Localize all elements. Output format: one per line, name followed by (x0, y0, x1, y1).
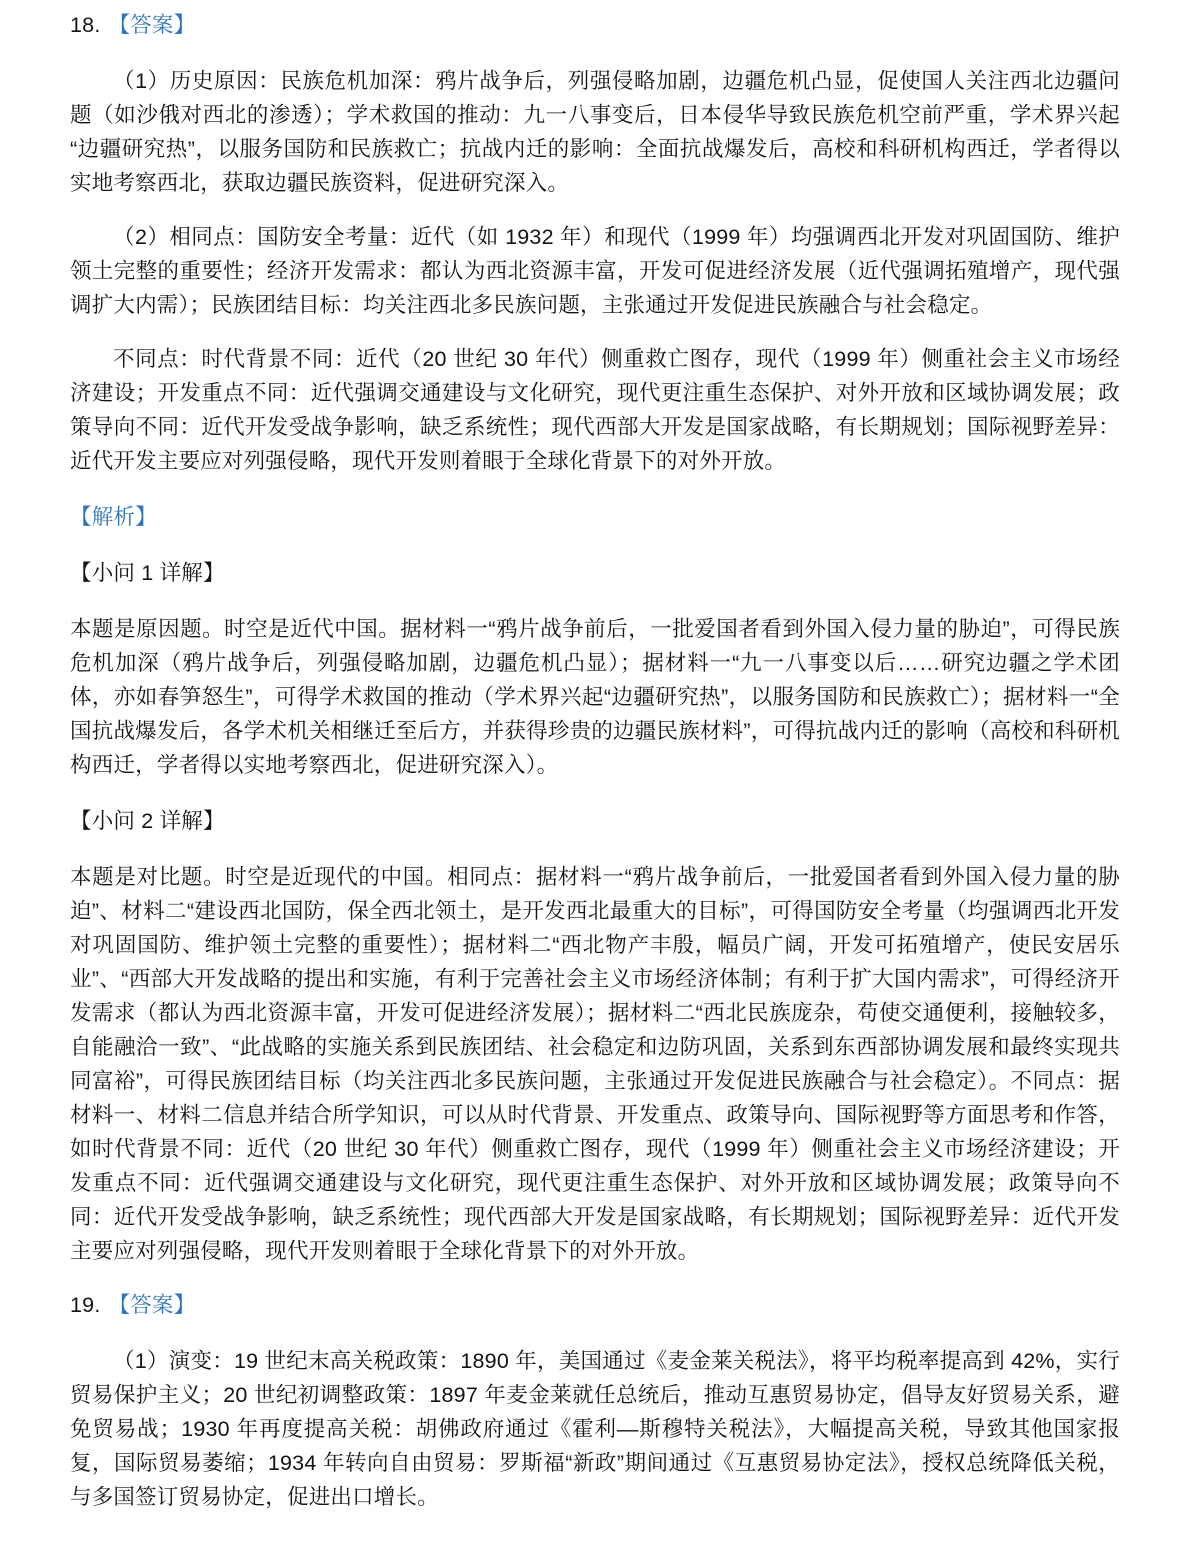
question-19-number: 19. (70, 1293, 101, 1317)
question-18-number: 18. (70, 13, 101, 37)
document-page: 18.【答案】 （1）历史原因：民族危机加深：鸦片战争后，列强侵略加剧，边疆危机… (0, 0, 1190, 1558)
question-19-answer-label: 【答案】 (109, 1293, 196, 1317)
question-19-heading: 19.【答案】 (70, 1288, 1120, 1322)
question-18-answer-label: 【答案】 (109, 13, 196, 37)
q18-analysis-label: 【解析】 (70, 500, 1120, 534)
q18-answer-paragraph-1: （1）历史原因：民族危机加深：鸦片战争后，列强侵略加剧，边疆危机凸显，促使国人关… (70, 64, 1120, 200)
q18-subquestion-2-explanation: 本题是对比题。时空是近现代的中国。相同点：据材料一“鸦片战争前后，一批爱国者看到… (70, 860, 1120, 1268)
question-18-heading: 18.【答案】 (70, 8, 1120, 42)
q19-answer-paragraph-1: （1）演变：19 世纪末高关税政策：1890 年，美国通过《麦金莱关税法》，将平… (70, 1344, 1120, 1514)
q18-subquestion-2-label: 【小问 2 详解】 (70, 804, 1120, 838)
q18-subquestion-1-explanation: 本题是原因题。时空是近代中国。据材料一“鸦片战争前后，一批爱国者看到外国入侵力量… (70, 612, 1120, 782)
q18-answer-paragraph-3: 不同点：时代背景不同：近代（20 世纪 30 年代）侧重救亡图存，现代（1999… (70, 342, 1120, 478)
q18-subquestion-1-label: 【小问 1 详解】 (70, 556, 1120, 590)
q18-answer-paragraph-2: （2）相同点：国防安全考量：近代（如 1932 年）和现代（1999 年）均强调… (70, 220, 1120, 322)
